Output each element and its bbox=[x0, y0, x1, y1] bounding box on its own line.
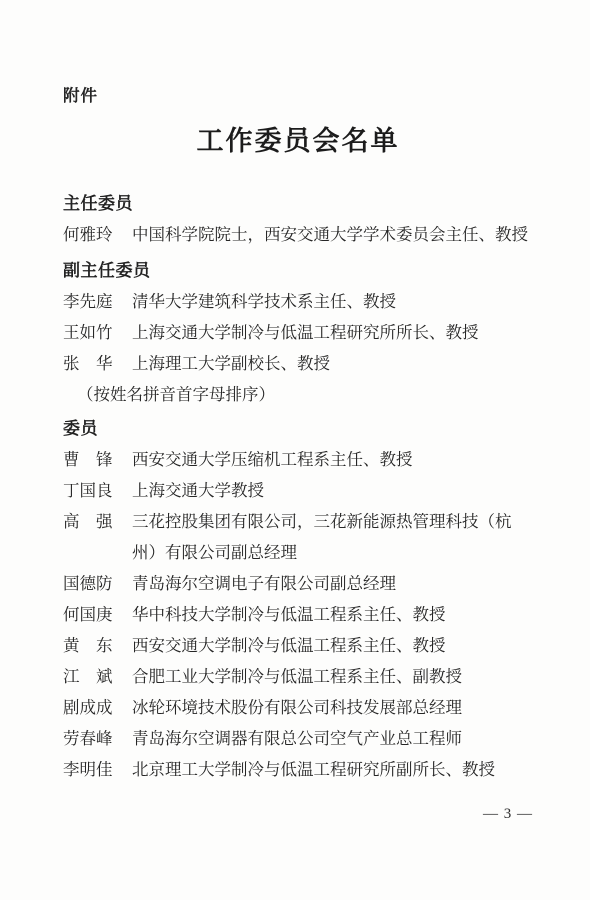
section-heading: 副主任委员 bbox=[63, 255, 533, 286]
page-title: 工作委员会名单 bbox=[63, 122, 533, 160]
member-name: 何国庚 bbox=[63, 599, 113, 630]
member-row: 高 强 三花控股集团有限公司，三花新能源热管理科技（杭州）有限公司副总经理 bbox=[63, 506, 533, 568]
member-desc: 冰轮环境技术股份有限公司科技发展部总经理 bbox=[132, 692, 533, 723]
member-name: 江 斌 bbox=[63, 661, 113, 692]
member-row: 黄 东 西安交通大学制冷与低温工程系主任、教授 bbox=[63, 630, 533, 661]
member-name: 曹 锋 bbox=[63, 444, 113, 475]
member-desc: 青岛海尔空调电子有限公司副总经理 bbox=[132, 568, 533, 599]
page-number: — 3 — bbox=[63, 799, 533, 830]
member-name: 王如竹 bbox=[63, 317, 113, 348]
section-heading: 委员 bbox=[63, 413, 533, 444]
member-desc: 华中科技大学制冷与低温工程系主任、教授 bbox=[132, 599, 533, 630]
member-name: 李先庭 bbox=[63, 286, 113, 317]
member-name: 丁国良 bbox=[63, 475, 113, 506]
section-vice-chief-committee: 副主任委员 李先庭 清华大学建筑科学技术系主任、教授 王如竹 上海交通大学制冷与… bbox=[63, 255, 533, 410]
document-page: 附件 工作委员会名单 主任委员 何雅玲 中国科学院院士，西安交通大学学术委员会主… bbox=[0, 0, 590, 900]
member-row: 王如竹 上海交通大学制冷与低温工程研究所所长、教授 bbox=[63, 317, 533, 348]
member-name: 国德防 bbox=[63, 568, 113, 599]
section-members: 委员 曹 锋 西安交通大学压缩机工程系主任、教授 丁国良 上海交通大学教授 高 … bbox=[63, 413, 533, 785]
member-row: 丁国良 上海交通大学教授 bbox=[63, 475, 533, 506]
member-row: 何雅玲 中国科学院院士，西安交通大学学术委员会主任、教授 bbox=[63, 219, 533, 250]
member-name: 高 强 bbox=[63, 506, 113, 537]
member-desc: 西安交通大学制冷与低温工程系主任、教授 bbox=[132, 630, 533, 661]
member-desc: 上海交通大学教授 bbox=[132, 475, 533, 506]
member-row: 张 华 上海理工大学副校长、教授 bbox=[63, 348, 533, 379]
member-name: 何雅玲 bbox=[63, 219, 113, 250]
member-name: 李明佳 bbox=[63, 754, 113, 785]
attachment-label: 附件 bbox=[63, 84, 533, 108]
member-desc: 中国科学院院士，西安交通大学学术委员会主任、教授 bbox=[132, 219, 533, 250]
section-chief-committee: 主任委员 何雅玲 中国科学院院士，西安交通大学学术委员会主任、教授 bbox=[63, 188, 533, 250]
member-row: 剧成成 冰轮环境技术股份有限公司科技发展部总经理 bbox=[63, 692, 533, 723]
member-desc: 上海理工大学副校长、教授 bbox=[132, 348, 533, 379]
member-desc: 西安交通大学压缩机工程系主任、教授 bbox=[132, 444, 533, 475]
member-name: 剧成成 bbox=[63, 692, 113, 723]
member-row: 国德防 青岛海尔空调电子有限公司副总经理 bbox=[63, 568, 533, 599]
member-desc: 北京理工大学制冷与低温工程研究所副所长、教授 bbox=[132, 754, 533, 785]
member-name: 黄 东 bbox=[63, 630, 113, 661]
member-row: 李先庭 清华大学建筑科学技术系主任、教授 bbox=[63, 286, 533, 317]
member-row: 李明佳 北京理工大学制冷与低温工程研究所副所长、教授 bbox=[63, 754, 533, 785]
section-heading: 主任委员 bbox=[63, 188, 533, 219]
sorting-note: （按姓名拼音首字母排序） bbox=[63, 379, 533, 410]
member-desc: 合肥工业大学制冷与低温工程系主任、副教授 bbox=[132, 661, 533, 692]
member-desc: 上海交通大学制冷与低温工程研究所所长、教授 bbox=[132, 317, 533, 348]
member-desc: 三花控股集团有限公司，三花新能源热管理科技（杭州）有限公司副总经理 bbox=[132, 506, 533, 568]
member-name: 张 华 bbox=[63, 348, 113, 379]
member-desc: 青岛海尔空调器有限总公司空气产业总工程师 bbox=[132, 723, 533, 754]
member-desc: 清华大学建筑科学技术系主任、教授 bbox=[132, 286, 533, 317]
member-row: 曹 锋 西安交通大学压缩机工程系主任、教授 bbox=[63, 444, 533, 475]
member-row: 劳春峰 青岛海尔空调器有限总公司空气产业总工程师 bbox=[63, 723, 533, 754]
member-name: 劳春峰 bbox=[63, 723, 113, 754]
member-row: 江 斌 合肥工业大学制冷与低温工程系主任、副教授 bbox=[63, 661, 533, 692]
member-row: 何国庚 华中科技大学制冷与低温工程系主任、教授 bbox=[63, 599, 533, 630]
